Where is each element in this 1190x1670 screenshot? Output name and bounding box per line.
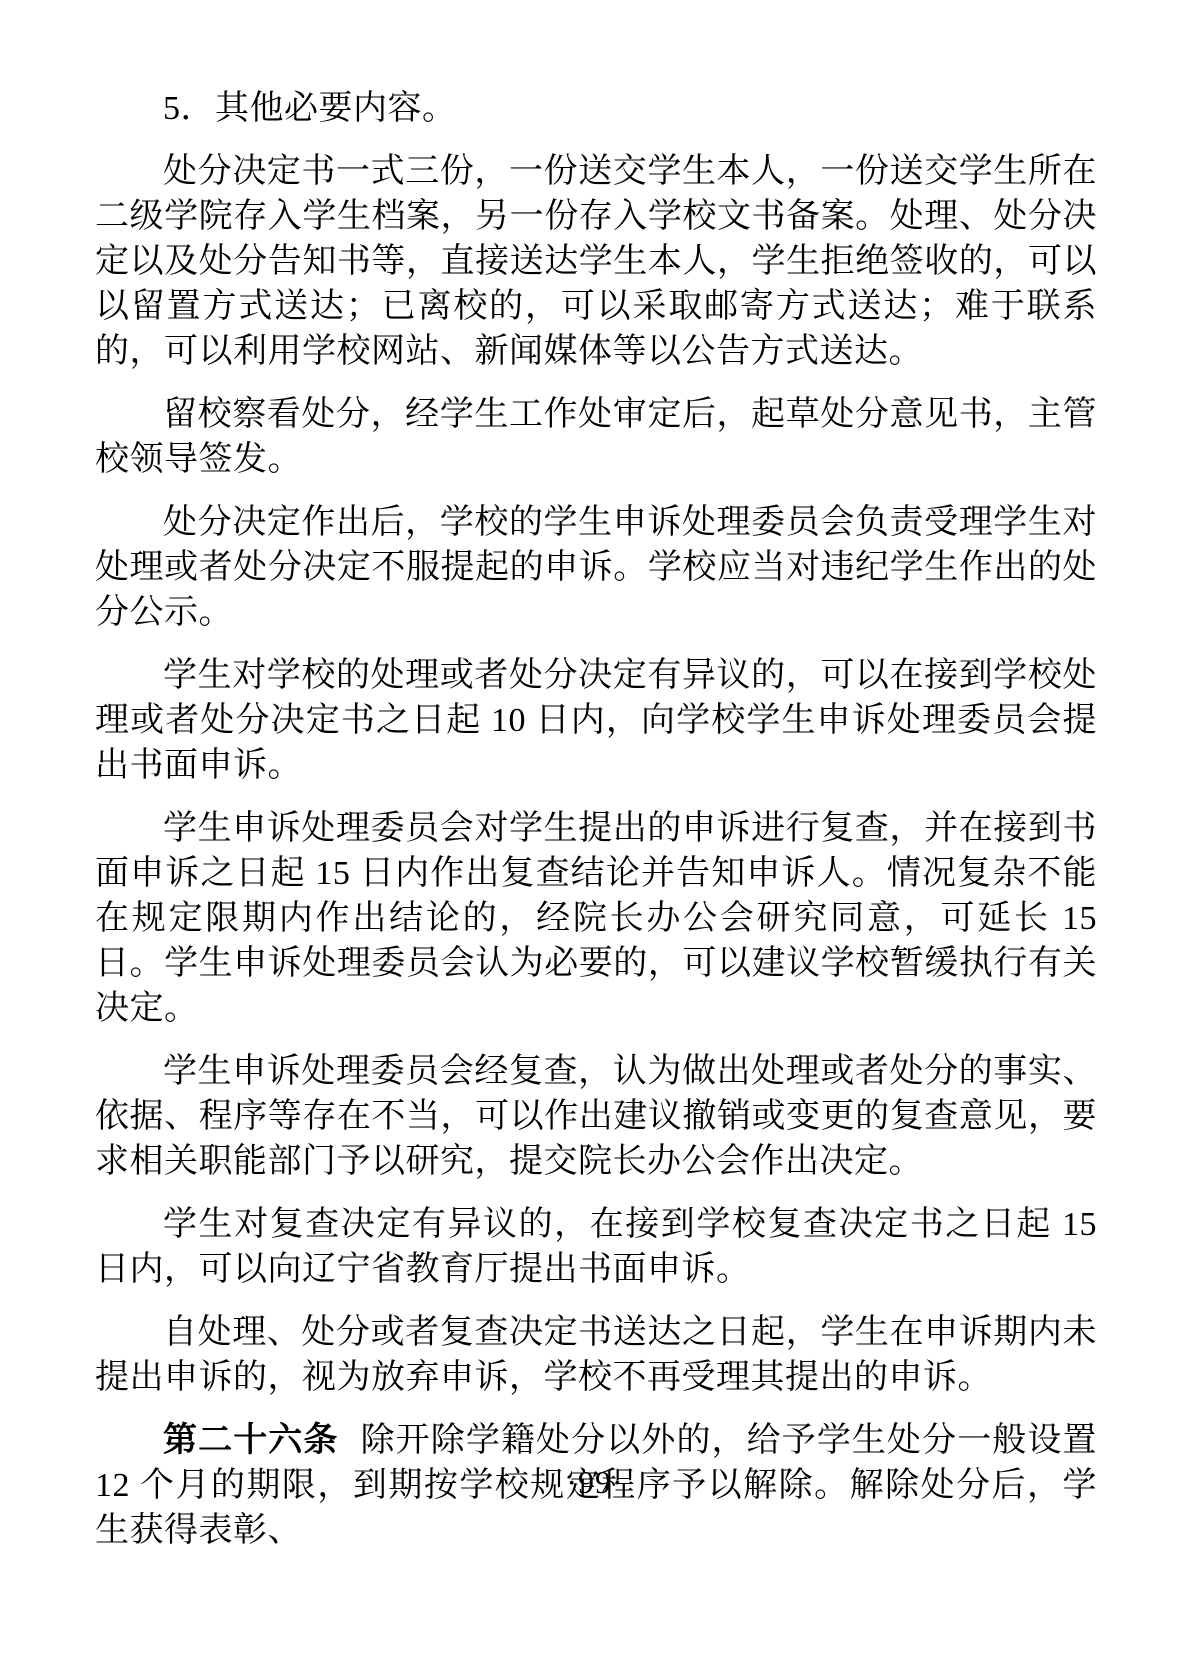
document-page: 5．其他必要内容。 处分决定书一式三份，一份送交学生本人，一份送交学生所在二级学…: [0, 0, 1190, 1670]
paragraph-appeal-committee: 处分决定作出后，学校的学生申诉处理委员会负责受理学生对处理或者处分决定不服提起的…: [95, 500, 1097, 635]
paragraph-delivery: 处分决定书一式三份，一份送交学生本人，一份送交学生所在二级学院存入学生档案，另一…: [95, 149, 1097, 374]
paragraph-probation: 留校察看处分，经学生工作处审定后，起草处分意见书，主管校领导签发。: [95, 392, 1097, 482]
paragraph-review-15-days: 学生申诉处理委员会对学生提出的申诉进行复查，并在接到书面申诉之日起 15 日内作…: [95, 806, 1097, 1031]
list-item-5: 5．其他必要内容。: [95, 86, 1097, 131]
paragraph-appeal-10-days: 学生对学校的处理或者处分决定有异议的，可以在接到学校处理或者处分决定书之日起 1…: [95, 653, 1097, 788]
page-content: 5．其他必要内容。 处分决定书一式三份，一份送交学生本人，一份送交学生所在二级学…: [95, 86, 1097, 1553]
article-26-number: 第二十六条: [163, 1422, 338, 1459]
page-number: ·99·: [0, 1462, 1190, 1502]
paragraph-review-result: 学生申诉处理委员会经复查，认为做出处理或者处分的事实、依据、程序等存在不当，可以…: [95, 1049, 1097, 1184]
paragraph-provincial-appeal: 学生对复查决定有异议的，在接到学校复查决定书之日起 15 日内，可以向辽宁省教育…: [95, 1202, 1097, 1292]
paragraph-waive-appeal: 自处理、处分或者复查决定书送达之日起，学生在申诉期内未提出申诉的，视为放弃申诉，…: [95, 1310, 1097, 1400]
